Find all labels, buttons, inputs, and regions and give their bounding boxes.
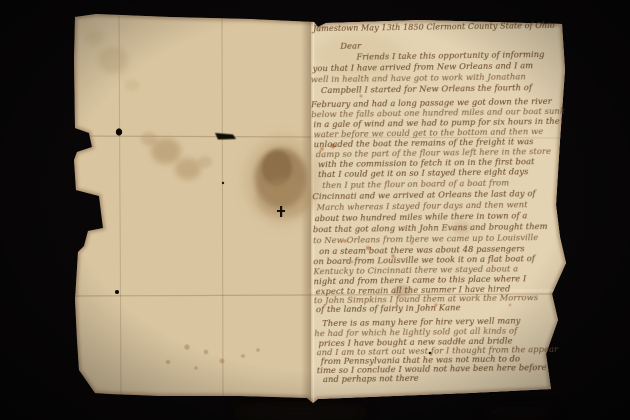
- handwriting-line: of the lands of fairly in John Kane: [316, 303, 461, 314]
- photo-stage: Jamestown May 13th 1850 Clermont County …: [0, 0, 630, 420]
- handwriting-line: Dear: [340, 42, 361, 51]
- handwriting-line: Jamestown May 13th 1850 Clermont County …: [313, 21, 555, 33]
- worm-hole: [116, 128, 122, 135]
- handwritten-text: Jamestown May 13th 1850 Clermont County …: [310, 17, 568, 404]
- background-shadow: [230, 406, 560, 420]
- handwriting-line: Campbell I started for New Orleans the f…: [321, 83, 532, 95]
- handwriting-line: and perhaps not there: [323, 374, 419, 384]
